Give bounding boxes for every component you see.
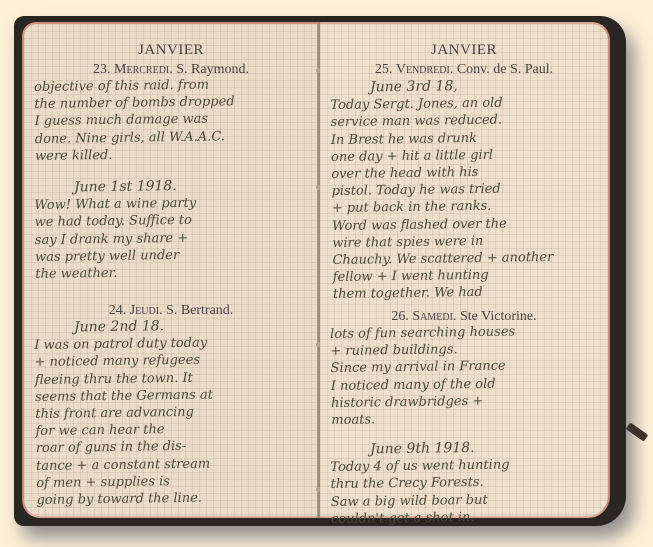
handwritten-line: Since my arrival in France	[330, 358, 515, 378]
handwritten-line: we had today. Suffice to	[34, 212, 196, 231]
handwritten-line: moats.	[331, 409, 516, 429]
handwritten-entry-june-1: June 1st 1918. Wow! What a wine party we…	[34, 178, 197, 283]
handwritten-line: going by toward the line.	[36, 490, 214, 510]
handwritten-entry-june-2: June 2nd 18. I was on patrol duty today …	[34, 318, 214, 510]
handwritten-line: this front are advancing	[35, 404, 213, 424]
day-header-26: 26. Samedi. Ste Victorine.	[320, 309, 608, 325]
handwritten-line: were killed.	[35, 145, 235, 165]
day-number: 24.	[109, 303, 127, 318]
day-header-25: 25. Vendredi. Conv. de S. Paul.	[320, 62, 608, 78]
handwritten-line: was pretty well under	[35, 247, 197, 266]
handwritten-line: the weather.	[35, 264, 197, 283]
saint-name: S. Raymond.	[176, 62, 249, 77]
handwritten-line: them together. We had	[333, 283, 554, 303]
handwritten-line: I noticed many of the old	[331, 375, 516, 395]
month-heading: JANVIER	[320, 42, 608, 59]
bookmark-ribbon	[626, 422, 649, 441]
weekday: Vendredi.	[396, 62, 454, 77]
day-header-23: 23. Mercredi. S. Raymond.	[24, 62, 318, 78]
handwritten-line: Saw a big wild boar but	[331, 491, 510, 511]
handwritten-entry-26: lots of fun searching houses + ruined bu…	[330, 323, 516, 429]
handwritten-line: say I drank my share +	[35, 229, 197, 248]
weekday: Jeudi.	[130, 303, 163, 318]
saint-name: S. Bertrand.	[166, 303, 233, 318]
day-header-24: 24. Jeudi. S. Bertrand.	[24, 303, 318, 319]
day-number: 23.	[93, 62, 111, 77]
saint-name: Conv. de S. Paul.	[457, 62, 553, 77]
handwritten-entry-june-3: June 3rd 18, Today Sergt. Jones, an old …	[330, 77, 554, 304]
handwritten-line: done. Nine girls, all W.A.A.C.	[35, 128, 235, 148]
handwritten-line: couldn't get a shot in.	[331, 508, 510, 528]
right-page: JANVIER 25. Vendredi. Conv. de S. Paul. …	[320, 22, 610, 518]
handwritten-entry-june-9: June 9th 1918. Today 4 of us went huntin…	[330, 439, 510, 528]
handwritten-entry-23: objective of this raid. from the number …	[34, 76, 235, 165]
handwritten-line: thru the Crecy Forests.	[330, 474, 509, 494]
handwritten-line: lots of fun searching houses	[330, 323, 515, 343]
month-heading: JANVIER	[24, 42, 318, 59]
weekday: Mercredi.	[114, 62, 173, 77]
handwritten-line: tance + a constant stream	[36, 455, 214, 475]
weekday: Samedi.	[412, 309, 456, 324]
day-number: 26.	[391, 309, 409, 324]
left-page: JANVIER 23. Mercredi. S. Raymond. object…	[22, 22, 318, 518]
day-number: 25.	[375, 62, 393, 77]
handwritten-line: + noticed many refugees	[34, 352, 212, 372]
handwritten-line: Chauchy. We scattered + another	[332, 249, 553, 269]
handwritten-line: fleeing thru the town. It	[35, 369, 213, 389]
saint-name: Ste Victorine.	[460, 309, 537, 324]
